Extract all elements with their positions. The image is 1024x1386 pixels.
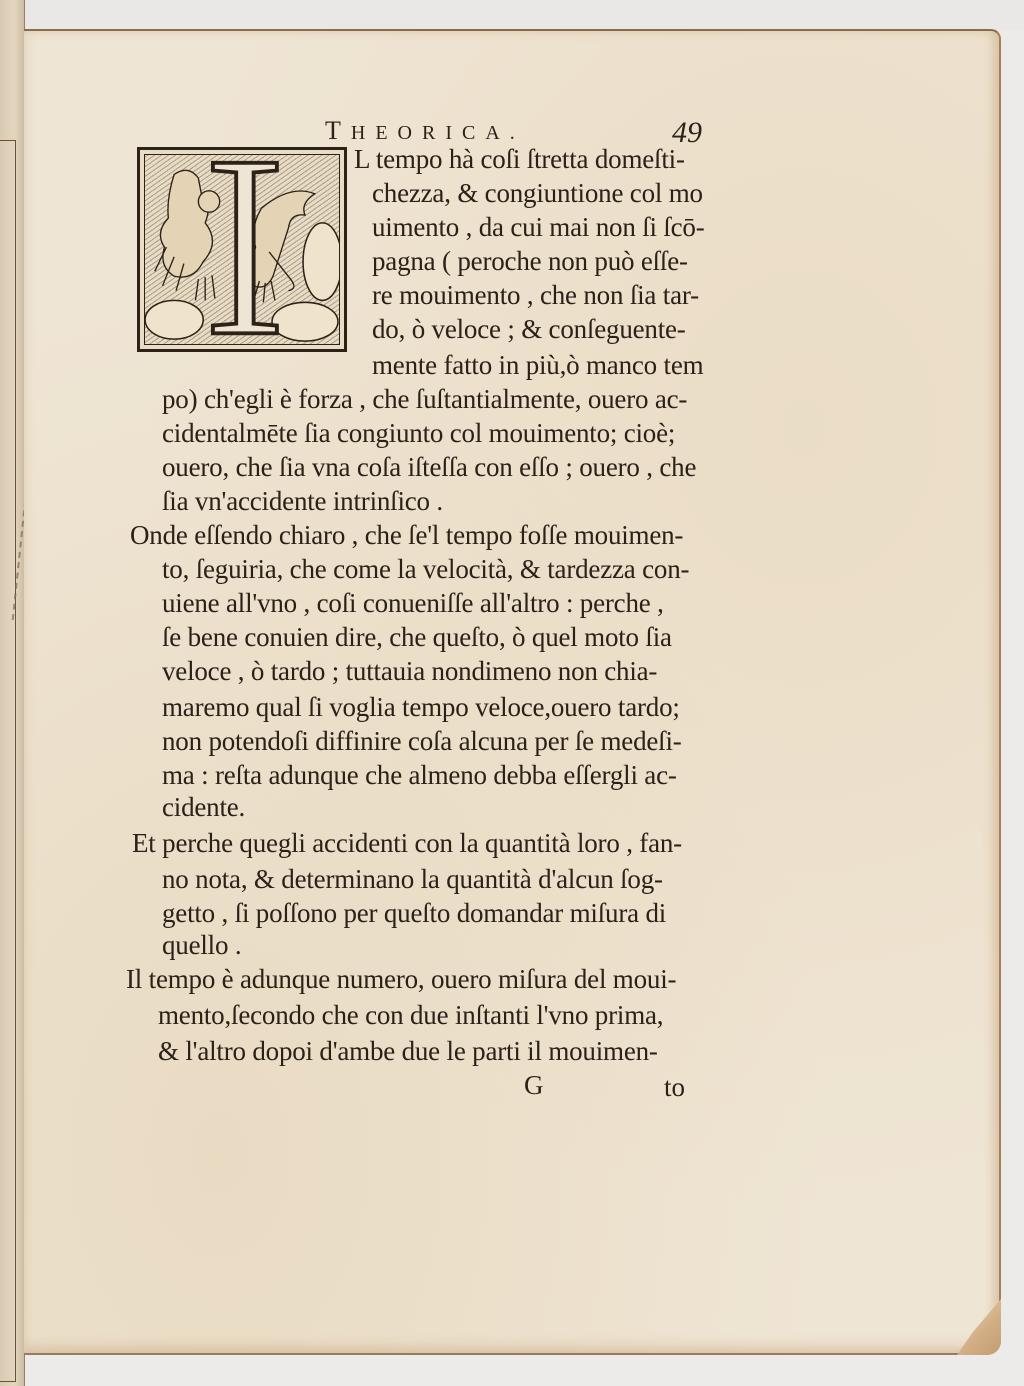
text-line: po) ch'egli è forza , che ſuſtantialment…	[162, 382, 687, 416]
text-line: ſe bene conuien dire, che queſto, ò quel…	[162, 620, 672, 654]
text-line: ma : reſta adunque che almeno debba eſſe…	[162, 758, 677, 792]
catchword: to	[664, 1072, 685, 1103]
text-line: L tempo hà coſi ſtretta domeſti-	[354, 142, 685, 176]
text-line: Et perche quegli accidenti con la quanti…	[132, 826, 682, 860]
text-line: ouero, che ſia vna coſa iſteſſa con eſſo…	[162, 450, 696, 484]
text-line: do, ò veloce ; & conſeguente-	[372, 312, 686, 346]
scan-background	[0, 0, 1024, 30]
text-line: Il tempo è adunque numero, ouero miſura …	[126, 962, 676, 996]
running-head-rest: HEORICA.	[351, 122, 525, 144]
text-line: cidentalmēte ſia congiunto col mouimento…	[162, 416, 675, 450]
text-line: pagna ( peroche non può eſſe-	[372, 244, 688, 278]
text-line: & l'altro dopoi d'ambe due le parti il m…	[158, 1034, 658, 1068]
dog-eared-corner	[957, 1299, 1001, 1355]
previous-page-rule	[0, 140, 16, 1382]
signature-mark: G	[524, 1070, 544, 1101]
previous-page-edge	[0, 0, 25, 1386]
woodcut-hatching	[144, 154, 340, 345]
text-line: Onde eſſendo chiaro , che ſe'l tempo foſ…	[130, 518, 683, 552]
text-line: uiene all'vno , coſi conueniſſe all'altr…	[162, 586, 664, 620]
text-line: chezza, & congiuntione col mo	[372, 176, 703, 210]
text-line: getto , ſi poſſono per queſto domandar m…	[162, 896, 666, 930]
text-line: veloce , ò tardo ; tuttauia nondimeno no…	[162, 654, 657, 688]
text-line: no nota, & determinano la quantità d'alc…	[162, 862, 663, 896]
text-line: uimento , da cui mai non ſi ſcō-	[372, 210, 705, 244]
woodcut-initial-i-icon	[145, 155, 339, 344]
text-line: mente fatto in più,ò manco tem	[372, 348, 703, 382]
text-line: cidente.	[162, 790, 245, 824]
text-line: quello .	[162, 928, 241, 962]
woodcut-initial	[137, 147, 347, 352]
text-line: mento,ſecondo che con due inſtanti l'vno…	[158, 998, 663, 1032]
text-line: re mouimento , che non ſia tar-	[372, 278, 699, 312]
running-head-initial: T	[325, 116, 351, 145]
text-line: non potendoſi diffinire coſa alcuna per …	[162, 724, 682, 758]
text-line: ſia vn'accidente intrinſico .	[162, 484, 443, 518]
text-line: maremo qual ſi voglia tempo veloce,ouero…	[162, 690, 680, 724]
text-line: to, ſeguiria, che come la velocità, & ta…	[162, 552, 689, 586]
